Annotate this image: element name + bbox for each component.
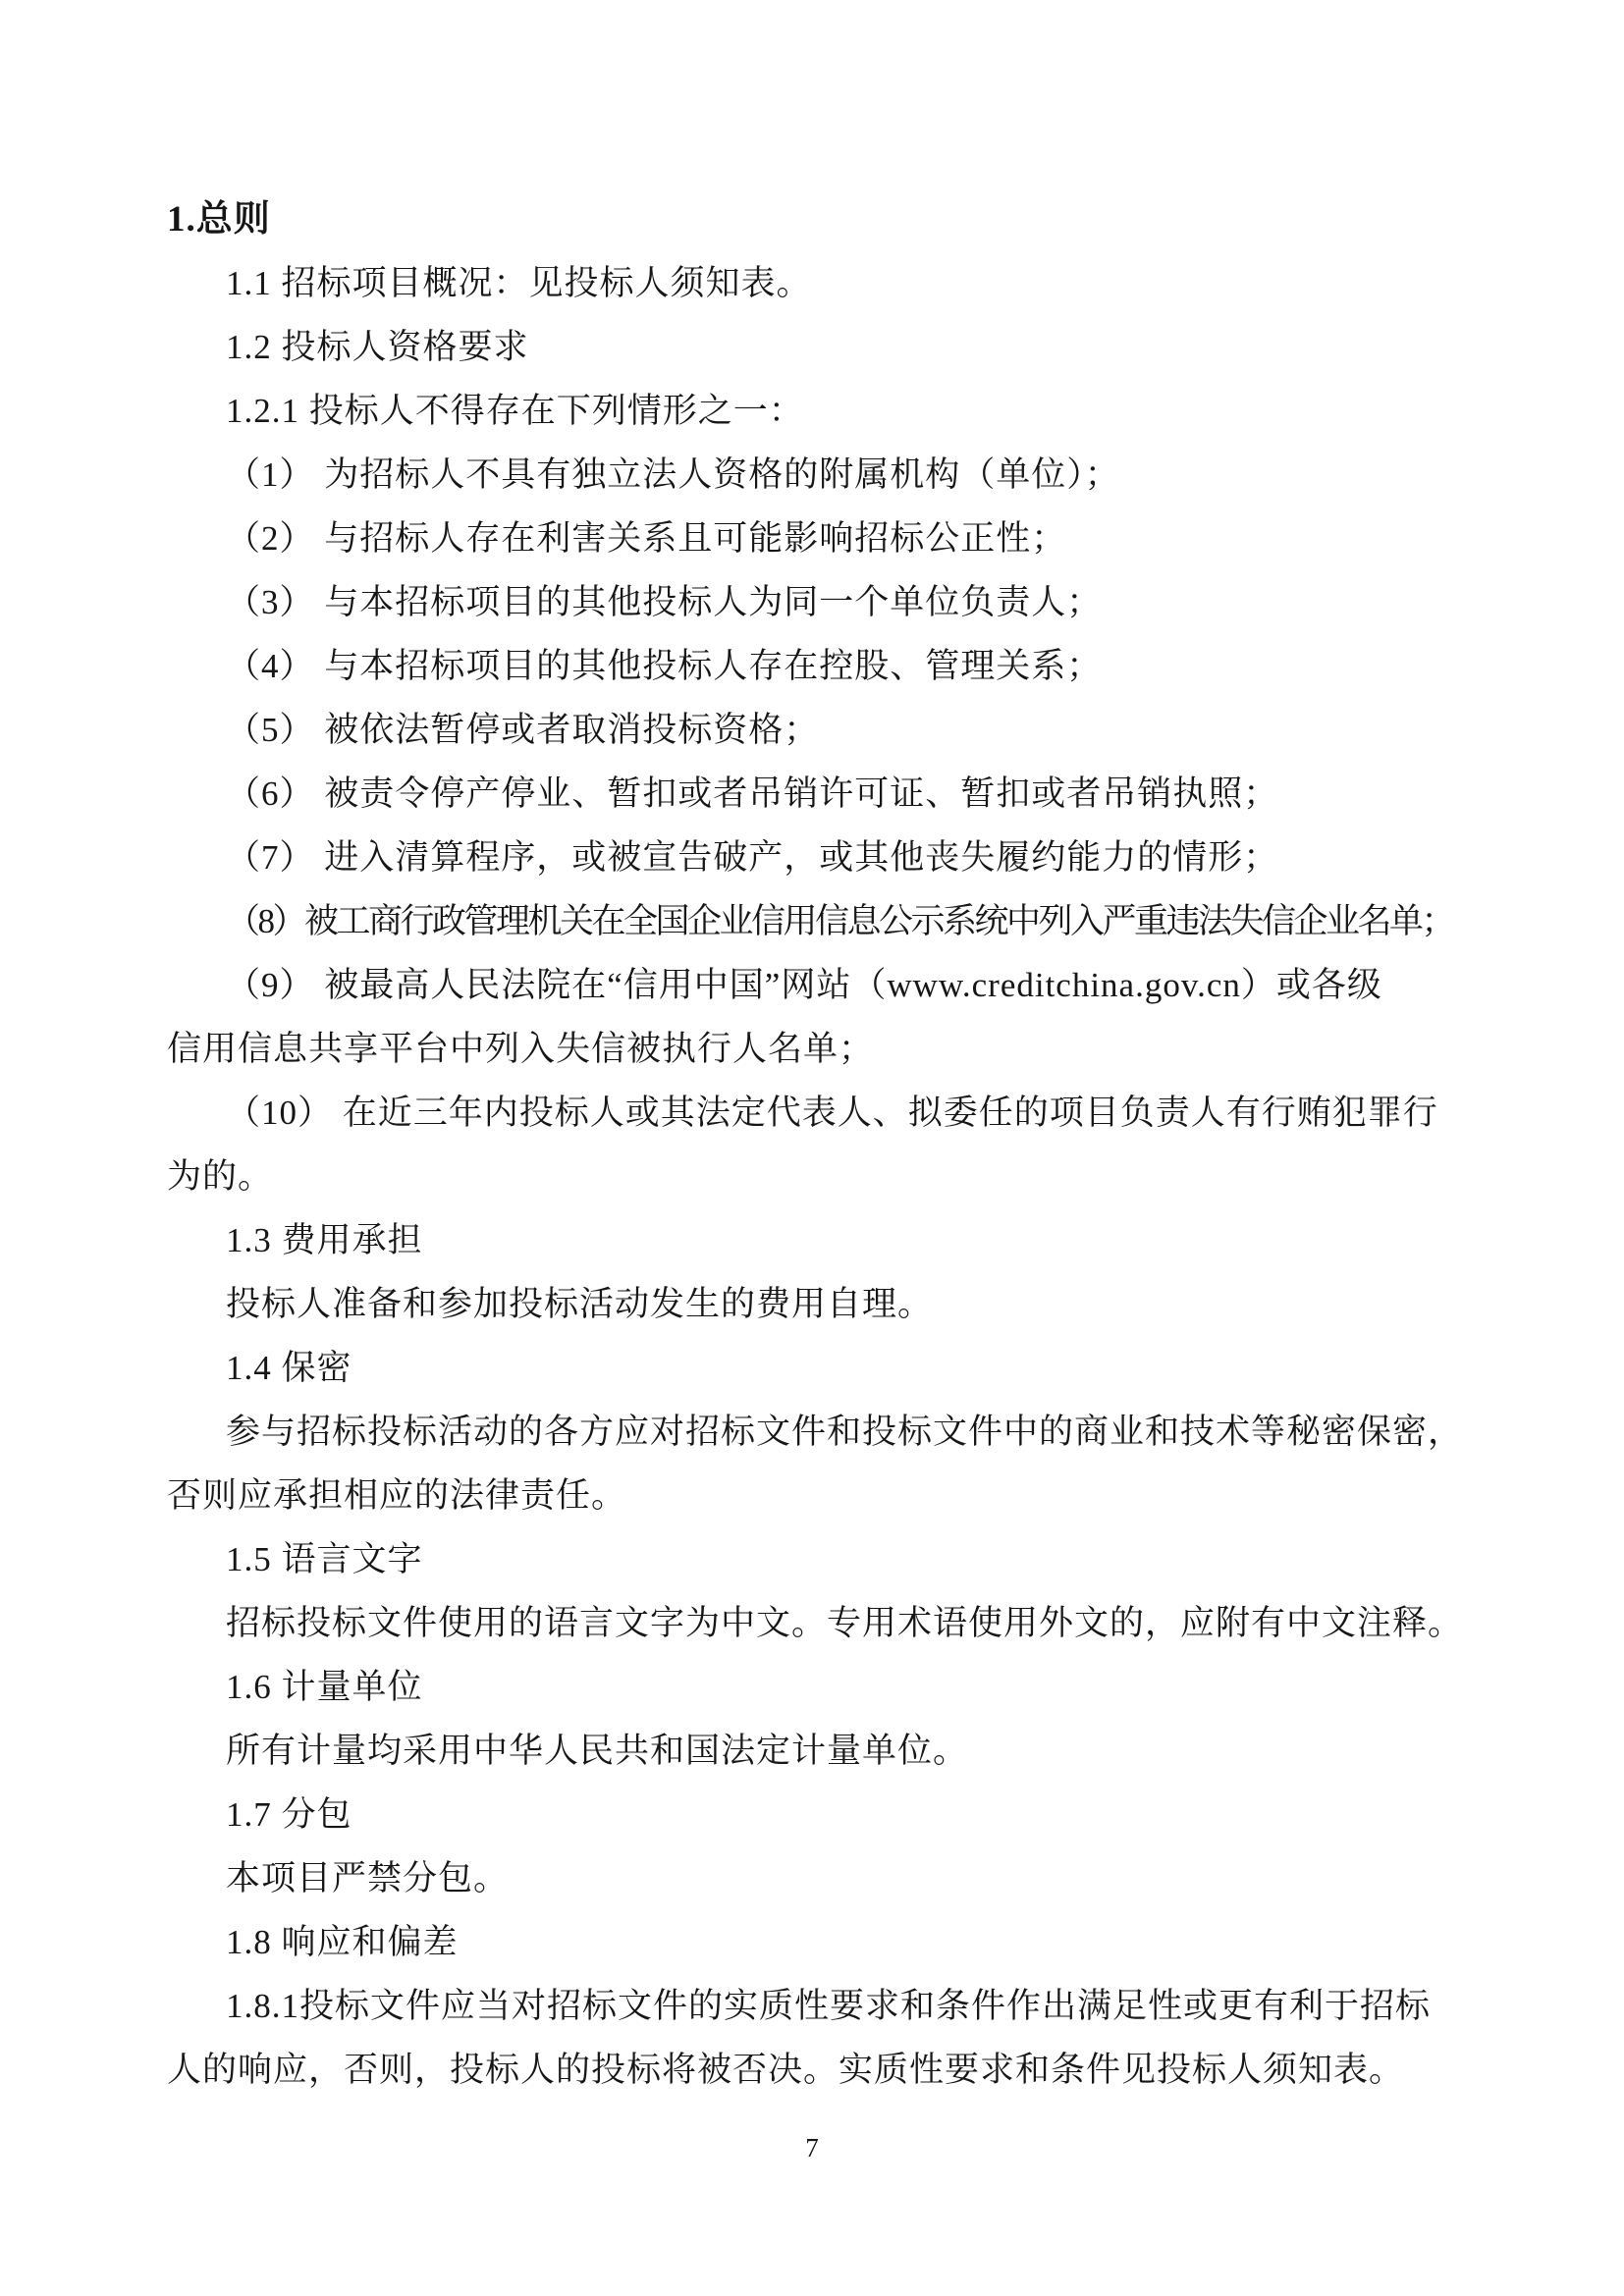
doc-line: （7） 进入清算程序，或被宣告破产，或其他丧失履约能力的情形； bbox=[167, 826, 1487, 889]
page-number: 7 bbox=[805, 2133, 819, 2163]
doc-line: （1） 为招标人不具有独立法人资格的附属机构（单位）； bbox=[167, 443, 1487, 507]
doc-line: 1.3 费用承担 bbox=[167, 1208, 1487, 1272]
doc-line: 参与招标投标活动的各方应对招标文件和投标文件中的商业和技术等秘密保密， bbox=[167, 1400, 1487, 1464]
doc-line: 投标人准备和参加投标活动发生的费用自理。 bbox=[167, 1272, 1487, 1336]
doc-line: 否则应承担相应的法律责任。 bbox=[167, 1464, 1487, 1527]
doc-line: 招标投标文件使用的语言文字为中文。专用术语使用外文的，应附有中文注释。 bbox=[167, 1591, 1487, 1655]
doc-line: 1.5 语言文字 bbox=[167, 1527, 1487, 1591]
section-heading: 1.总则 bbox=[167, 187, 1487, 251]
doc-line: 为的。 bbox=[167, 1145, 1487, 1208]
doc-line: 1.2.1 投标人不得存在下列情形之一： bbox=[167, 379, 1487, 443]
doc-line: 人的响应，否则，投标人的投标将被否决。实质性要求和条件见投标人须知表。 bbox=[167, 2038, 1487, 2102]
doc-line: 所有计量均采用中华人民共和国法定计量单位。 bbox=[167, 1719, 1487, 1783]
doc-line: 1.8.1投标文件应当对招标文件的实质性要求和条件作出满足性或更有利于招标 bbox=[167, 1974, 1487, 2038]
page-footer: 7 bbox=[0, 2132, 1624, 2163]
doc-line: （8）被工商行政管理机关在全国企业信用信息公示系统中列入严重违法失信企业名单； bbox=[167, 889, 1487, 953]
document-page: 1.总则 1.1 招标项目概况：见投标人须知表。 1.2 投标人资格要求 1.2… bbox=[0, 0, 1624, 2296]
doc-line: 1.7 分包 bbox=[167, 1783, 1487, 1846]
doc-line: （4） 与本招标项目的其他投标人存在控股、管理关系； bbox=[167, 634, 1487, 698]
doc-line: （2） 与招标人存在利害关系且可能影响招标公正性； bbox=[167, 507, 1487, 570]
doc-line: 信用信息共享平台中列入失信被执行人名单； bbox=[167, 1017, 1487, 1081]
doc-line: 1.6 计量单位 bbox=[167, 1655, 1487, 1719]
doc-line: （9） 被最高人民法院在“信用中国”网站（www.creditchina.gov… bbox=[167, 953, 1487, 1017]
doc-line: （3） 与本招标项目的其他投标人为同一个单位负责人； bbox=[167, 570, 1487, 634]
doc-line: （10） 在近三年内投标人或其法定代表人、拟委任的项目负责人有行贿犯罪行 bbox=[167, 1081, 1487, 1145]
doc-line: （5） 被依法暂停或者取消投标资格； bbox=[167, 698, 1487, 762]
doc-line: 1.8 响应和偏差 bbox=[167, 1910, 1487, 1974]
doc-line: 1.4 保密 bbox=[167, 1336, 1487, 1400]
doc-line: （6） 被责令停产停业、暂扣或者吊销许可证、暂扣或者吊销执照； bbox=[167, 762, 1487, 826]
doc-line: 1.2 投标人资格要求 bbox=[167, 315, 1487, 379]
doc-line: 1.1 招标项目概况：见投标人须知表。 bbox=[167, 251, 1487, 315]
doc-line: 本项目严禁分包。 bbox=[167, 1846, 1487, 1910]
